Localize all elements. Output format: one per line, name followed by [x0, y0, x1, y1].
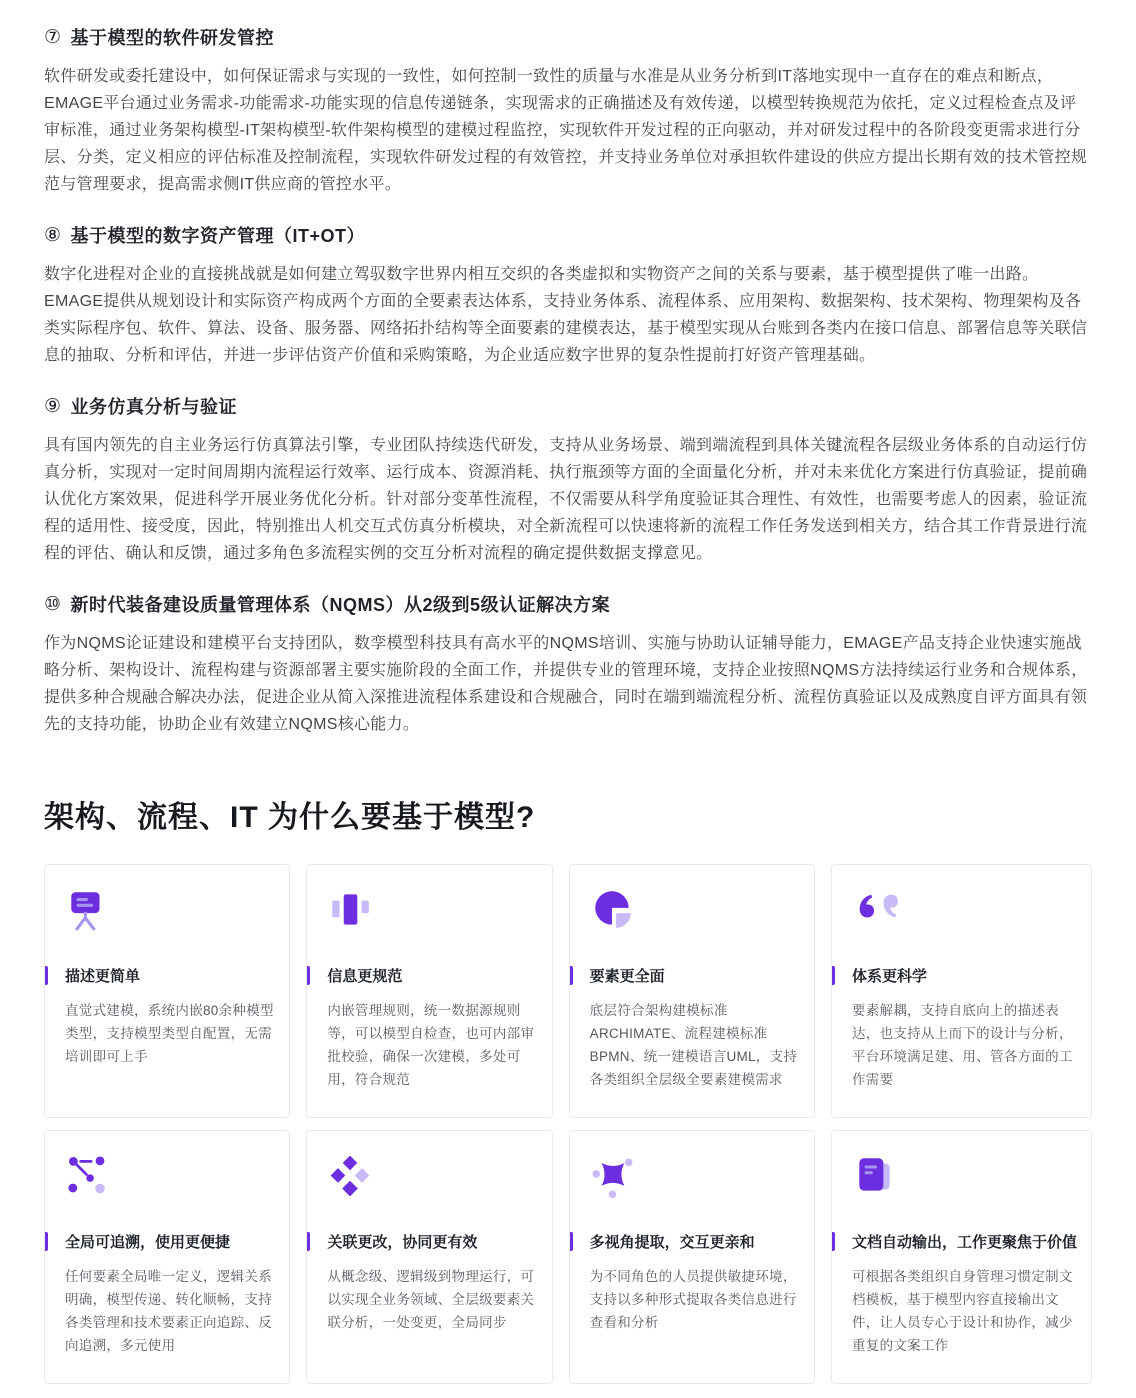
feature-card-scientific-system: 体系更科学 要素解耦，支持自底向上的描述表达，也支持从上而下的设计与分析，平台环…: [831, 864, 1092, 1118]
card-title: 体系更科学: [852, 965, 1077, 986]
card-body: 内嵌管理规则，统一数据源规则等，可以模型自检查，也可内部审批校验，确保一次建模，…: [327, 999, 537, 1091]
section-9: ⑨ 业务仿真分析与验证 具有国内领先的自主业务运行仿真算法引擎，专业团队持续迭代…: [44, 393, 1092, 567]
feature-card-traceability: 全局可追溯，使用更便捷 任何要素全局唯一定义，逻辑关系明确，模型传递、转化顺畅，…: [44, 1130, 290, 1384]
section-paragraph: 软件研发或委托建设中，如何保证需求与实现的一致性，如何控制一致性的质量与水准是从…: [44, 63, 1092, 198]
circled-number: ⑩: [44, 595, 62, 614]
feature-card-full-elements: 要素更全面 底层符合架构建模标准ARCHIMATE、流程建模标准BPMN、统一建…: [569, 864, 815, 1118]
section-title: 业务仿真分析与验证: [71, 393, 238, 419]
section-heading: ⑩ 新时代装备建设质量管理体系（NQMS）从2级到5级认证解决方案: [44, 591, 1092, 617]
feature-cards-grid: 描述更简单 直觉式建模，系统内嵌80余种模型类型，支持模型类型自配置，无需培训即…: [44, 864, 1092, 1388]
title-accent-bar: [45, 966, 48, 985]
circled-number: ⑨: [44, 397, 62, 416]
card-title: 信息更规范: [327, 965, 537, 986]
pie-chart-icon: [590, 887, 800, 933]
card-title: 要素更全面: [590, 965, 800, 986]
section-paragraph: 具有国内领先的自主业务运行仿真算法引擎，专业团队持续迭代研发，支持从业务场景、端…: [44, 432, 1092, 567]
quotes-icon: [852, 887, 1077, 933]
network-trace-icon: [65, 1153, 275, 1199]
circled-number: ⑧: [44, 226, 62, 245]
feature-card-doc-output: 文档自动输出，工作更聚焦于价值 可根据各类组织自身管理习惯定制文档模板，基于模型…: [831, 1130, 1092, 1384]
title-accent-bar: [45, 1232, 48, 1251]
presentation-board-icon: [65, 887, 275, 933]
title-accent-bar: [832, 1232, 835, 1251]
card-body: 底层符合架构建模标准ARCHIMATE、流程建模标准BPMN、统一建模语言UML…: [590, 999, 800, 1091]
section-paragraph: 数字化进程对企业的直接挑战就是如何建立驾驭数字世界内相互交织的各类虚拟和实物资产…: [44, 261, 1092, 369]
card-body: 直觉式建模，系统内嵌80余种模型类型，支持模型类型自配置，无需培训即可上手: [65, 999, 275, 1068]
multi-view-icon: [590, 1153, 800, 1199]
vertical-bars-icon: [327, 887, 537, 933]
title-accent-bar: [307, 966, 310, 985]
title-accent-bar: [307, 1232, 310, 1251]
section-7: ⑦ 基于模型的软件研发管控 软件研发或委托建设中，如何保证需求与实现的一致性，如…: [44, 24, 1092, 198]
feature-card-describe: 描述更简单 直觉式建模，系统内嵌80余种模型类型，支持模型类型自配置，无需培训即…: [44, 864, 290, 1118]
section-heading: ⑧ 基于模型的数字资产管理（IT+OT）: [44, 222, 1092, 248]
card-body: 要素解耦，支持自底向上的描述表达，也支持从上而下的设计与分析，平台环境满足建、用…: [852, 999, 1077, 1091]
section-10: ⑩ 新时代装备建设质量管理体系（NQMS）从2级到5级认证解决方案 作为NQMS…: [44, 591, 1092, 738]
title-accent-bar: [570, 1232, 573, 1251]
why-model-title: 架构、流程、IT 为什么要基于模型?: [44, 792, 1092, 836]
section-title: 新时代装备建设质量管理体系（NQMS）从2级到5级认证解决方案: [71, 591, 611, 617]
card-title: 文档自动输出，工作更聚焦于价值: [852, 1231, 1077, 1252]
page-content: ⑦ 基于模型的软件研发管控 软件研发或委托建设中，如何保证需求与实现的一致性，如…: [0, 0, 1136, 1398]
card-body: 可根据各类组织自身管理习惯定制文档模板，基于模型内容直接输出文件，让人员专心于设…: [852, 1265, 1077, 1357]
title-accent-bar: [570, 966, 573, 985]
section-8: ⑧ 基于模型的数字资产管理（IT+OT） 数字化进程对企业的直接挑战就是如何建立…: [44, 222, 1092, 369]
diamonds-icon: [327, 1153, 537, 1199]
card-body: 为不同角色的人员提供敏捷环境，支持以多种形式提取各类信息进行查看和分析: [590, 1265, 800, 1334]
section-heading: ⑨ 业务仿真分析与验证: [44, 393, 1092, 419]
section-paragraph: 作为NQMS论证建设和建模平台支持团队，数孪模型科技具有高水平的NQMS培训、实…: [44, 630, 1092, 738]
card-body: 任何要素全局唯一定义，逻辑关系明确，模型传递、转化顺畅，支持各类管理和技术要素正…: [65, 1265, 275, 1357]
circled-number: ⑦: [44, 28, 62, 47]
section-title: 基于模型的数字资产管理（IT+OT）: [71, 222, 366, 248]
feature-card-standard-info: 信息更规范 内嵌管理规则，统一数据源规则等，可以模型自检查，也可内部审批校验，确…: [306, 864, 552, 1118]
section-heading: ⑦ 基于模型的软件研发管控: [44, 24, 1092, 50]
card-title: 多视角提取，交互更亲和: [590, 1231, 800, 1252]
card-title: 描述更简单: [65, 965, 275, 986]
section-title: 基于模型的软件研发管控: [71, 24, 275, 50]
feature-card-linked-change: 关联更改，协同更有效 从概念级、逻辑级到物理运行，可以实现全业务领域、全层级要素…: [306, 1130, 552, 1384]
card-title: 全局可追溯，使用更便捷: [65, 1231, 275, 1252]
card-body: 从概念级、逻辑级到物理运行，可以实现全业务领域、全层级要素关联分析，一处变更，全…: [327, 1265, 537, 1334]
title-accent-bar: [832, 966, 835, 985]
card-title: 关联更改，协同更有效: [327, 1231, 537, 1252]
document-output-icon: [852, 1153, 1077, 1199]
feature-card-multi-view: 多视角提取，交互更亲和 为不同角色的人员提供敏捷环境，支持以多种形式提取各类信息…: [569, 1130, 815, 1384]
